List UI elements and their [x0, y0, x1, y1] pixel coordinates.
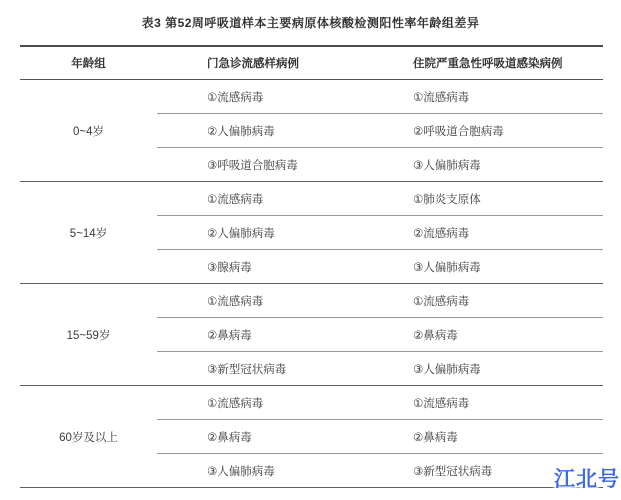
page-title: 表3 第52周呼吸道样本主要病原体核酸检测阳性率年龄组差异 — [0, 14, 621, 31]
outpatient-rank-cell: ①流感病毒 — [157, 284, 365, 318]
outpatient-rank-cell: ②鼻病毒 — [157, 318, 365, 352]
header-inpatient-sari: 住院严重急性呼吸道感染病例 — [365, 46, 603, 80]
outpatient-rank-cell: ②人偏肺病毒 — [157, 114, 365, 148]
inpatient-rank-cell: ①流感病毒 — [365, 80, 603, 114]
outpatient-rank-cell: ①流感病毒 — [157, 80, 365, 114]
inpatient-rank-cell: ②呼吸道合胞病毒 — [365, 114, 603, 148]
watermark-jiangbeihao: 江北号 — [554, 463, 620, 493]
inpatient-rank-cell: ③人偏肺病毒 — [365, 250, 603, 284]
table-header-row: 年龄组 门急诊流感样病例 住院严重急性呼吸道感染病例 — [20, 46, 603, 80]
inpatient-rank-cell: ③人偏肺病毒 — [365, 352, 603, 386]
table-row: 0~4岁 ①流感病毒 ①流感病毒 — [20, 80, 603, 114]
section-age-0-4: 0~4岁 ①流感病毒 ①流感病毒 ②人偏肺病毒 ②呼吸道合胞病毒 ③呼吸道合胞病… — [20, 80, 603, 182]
inpatient-rank-cell: ①流感病毒 — [365, 386, 603, 420]
outpatient-rank-cell: ①流感病毒 — [157, 182, 365, 216]
pathogen-table: 年龄组 门急诊流感样病例 住院严重急性呼吸道感染病例 0~4岁 ①流感病毒 ①流… — [20, 45, 603, 488]
inpatient-rank-cell: ②鼻病毒 — [365, 318, 603, 352]
table-row: 5~14岁 ①流感病毒 ①肺炎支原体 — [20, 182, 603, 216]
age-group-cell: 15~59岁 — [20, 284, 157, 386]
page: 表3 第52周呼吸道样本主要病原体核酸检测阳性率年龄组差异 年龄组 门急诊流感样… — [0, 0, 621, 500]
table-row: 15~59岁 ①流感病毒 ①流感病毒 — [20, 284, 603, 318]
outpatient-rank-cell: ②鼻病毒 — [157, 420, 365, 454]
outpatient-rank-cell: ②人偏肺病毒 — [157, 216, 365, 250]
outpatient-rank-cell: ③新型冠状病毒 — [157, 352, 365, 386]
age-group-cell: 5~14岁 — [20, 182, 157, 284]
section-age-5-14: 5~14岁 ①流感病毒 ①肺炎支原体 ②人偏肺病毒 ②流感病毒 ③腺病毒 ③人偏… — [20, 182, 603, 284]
inpatient-rank-cell: ②鼻病毒 — [365, 420, 603, 454]
outpatient-rank-cell: ③呼吸道合胞病毒 — [157, 148, 365, 182]
inpatient-rank-cell: ①肺炎支原体 — [365, 182, 603, 216]
header-outpatient-ili: 门急诊流感样病例 — [157, 46, 365, 80]
header-age-group: 年龄组 — [20, 46, 157, 80]
section-age-60-plus: 60岁及以上 ①流感病毒 ①流感病毒 ②鼻病毒 ②鼻病毒 ③人偏肺病毒 ③新型冠… — [20, 386, 603, 488]
inpatient-rank-cell: ①流感病毒 — [365, 284, 603, 318]
inpatient-rank-cell: ③人偏肺病毒 — [365, 148, 603, 182]
age-group-cell: 60岁及以上 — [20, 386, 157, 488]
inpatient-rank-cell: ②流感病毒 — [365, 216, 603, 250]
table-row: 60岁及以上 ①流感病毒 ①流感病毒 — [20, 386, 603, 420]
age-group-cell: 0~4岁 — [20, 80, 157, 182]
outpatient-rank-cell: ③人偏肺病毒 — [157, 454, 365, 488]
section-age-15-59: 15~59岁 ①流感病毒 ①流感病毒 ②鼻病毒 ②鼻病毒 ③新型冠状病毒 ③人偏… — [20, 284, 603, 386]
outpatient-rank-cell: ③腺病毒 — [157, 250, 365, 284]
outpatient-rank-cell: ①流感病毒 — [157, 386, 365, 420]
